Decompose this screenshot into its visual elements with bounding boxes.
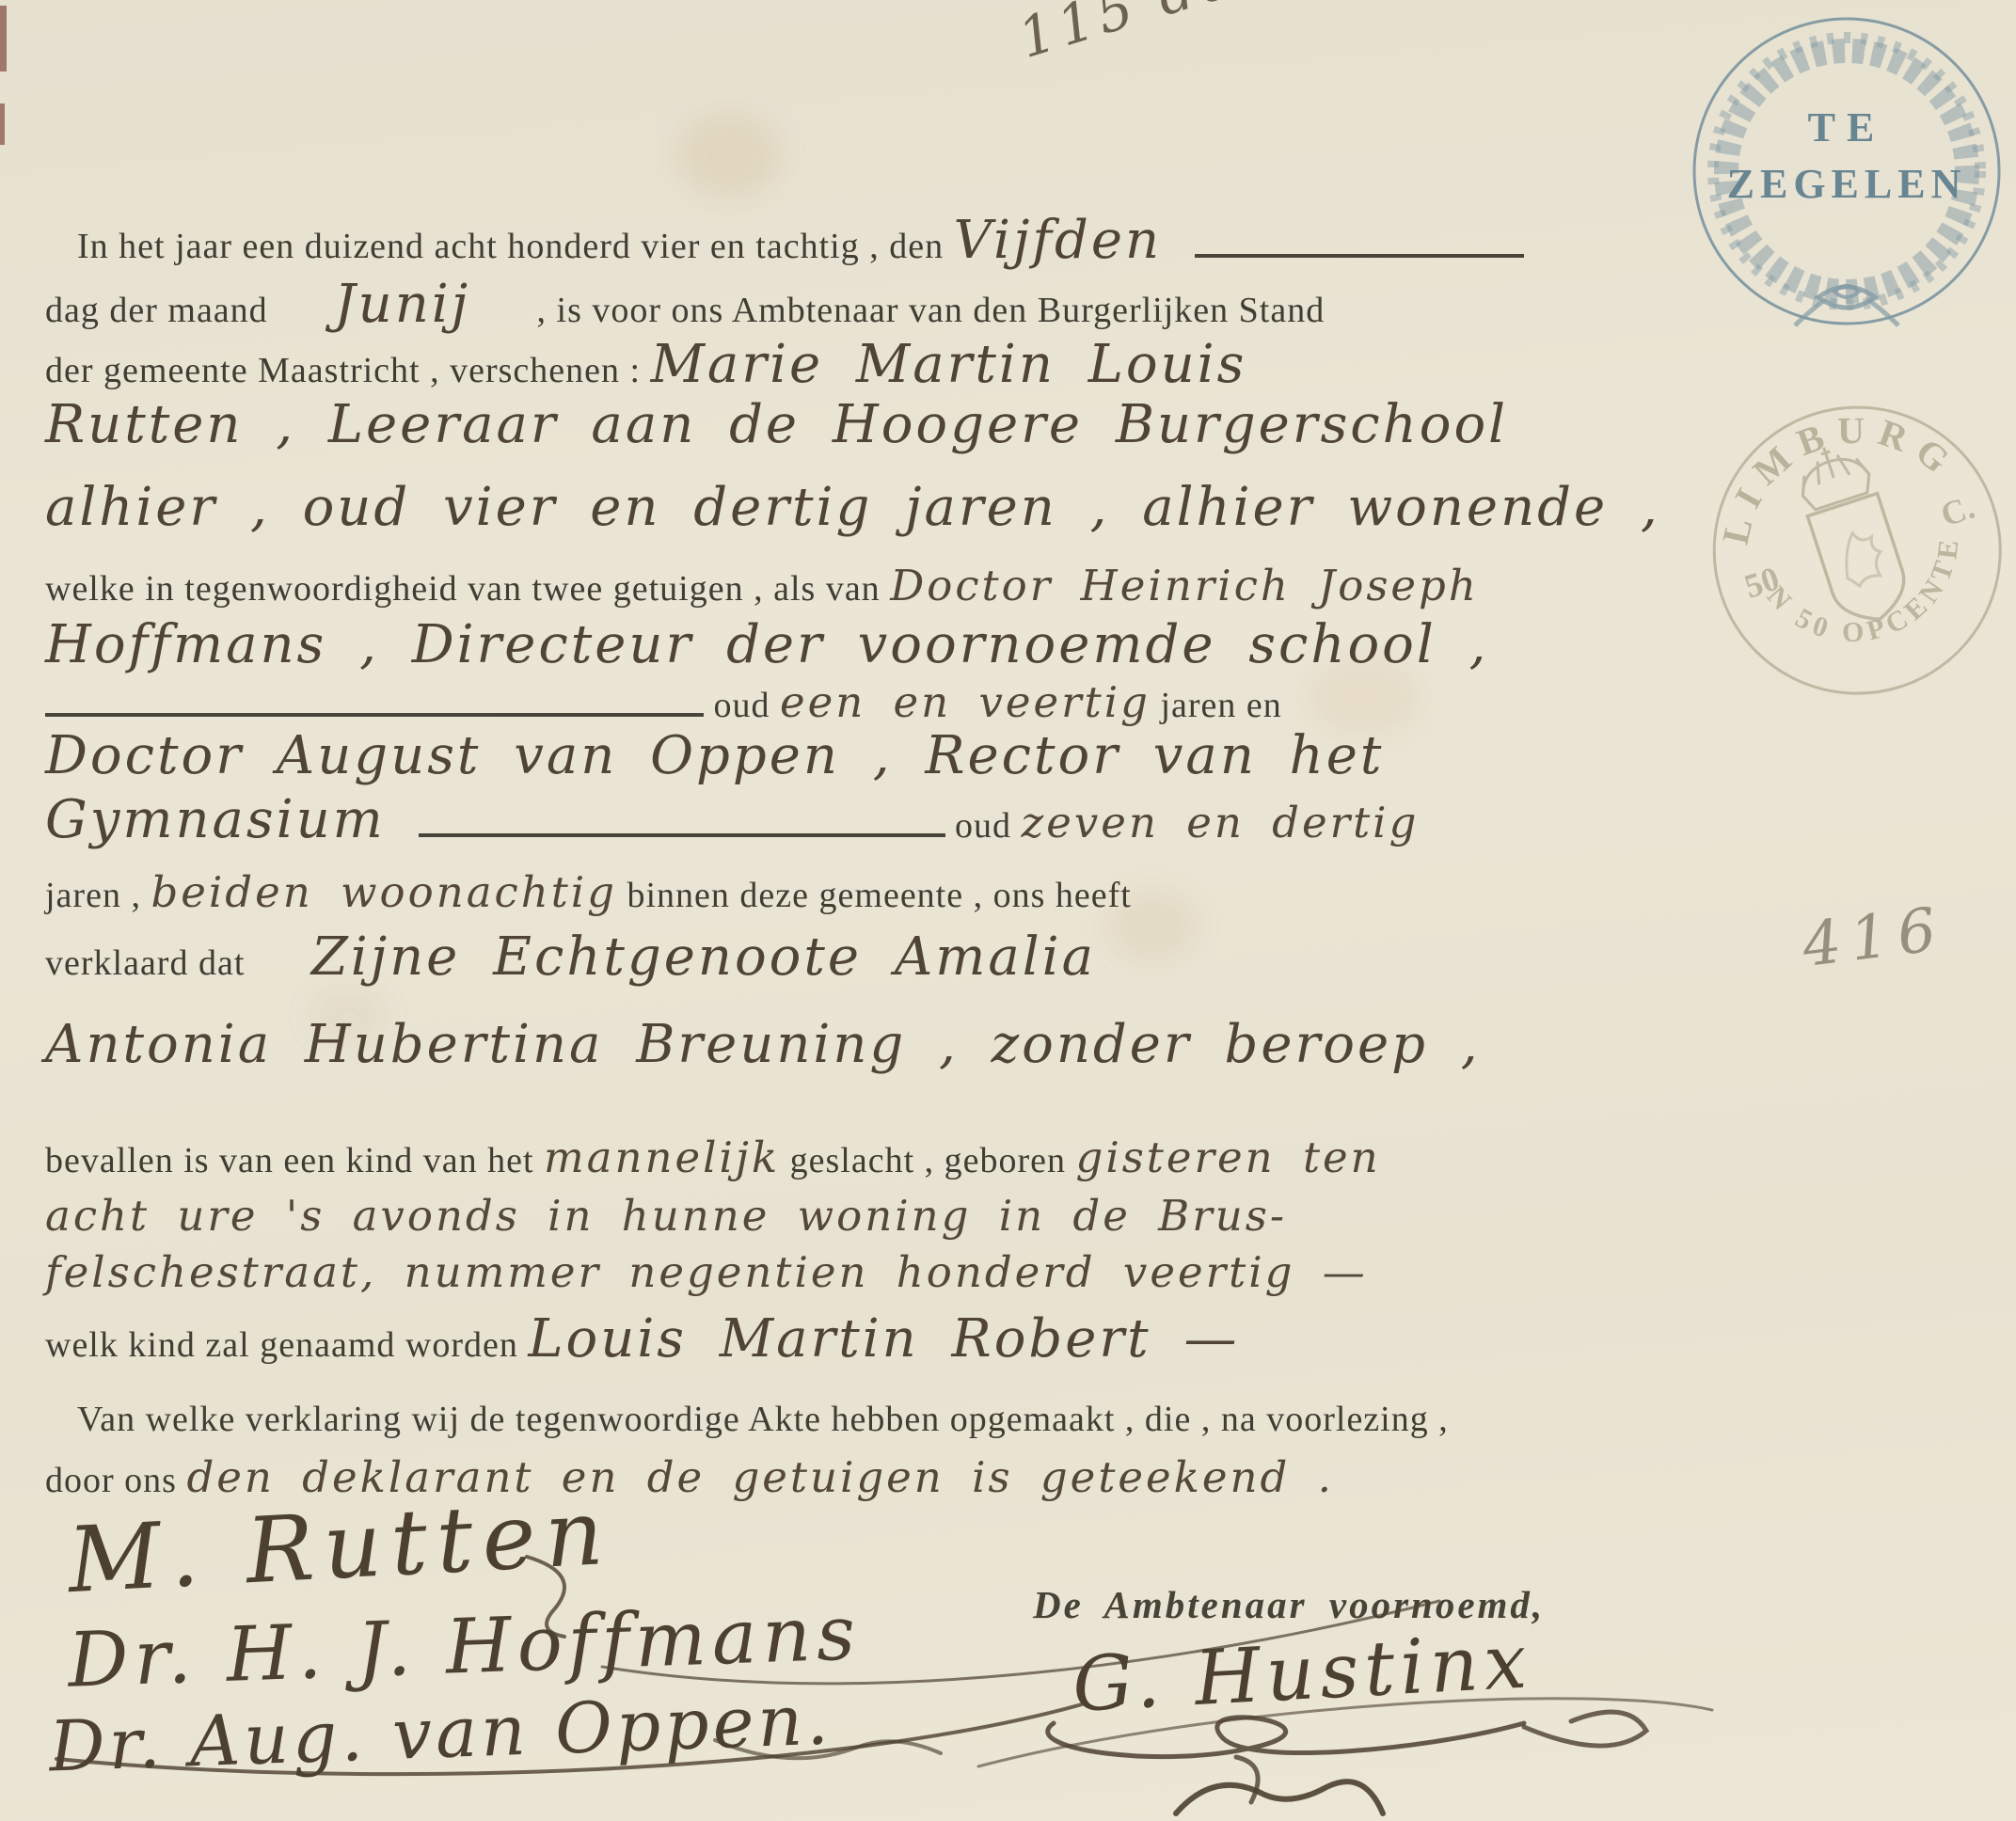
handwritten-text: beiden woonachtig bbox=[151, 867, 617, 917]
printed-text: welke in tegenwoordigheid van twee getui… bbox=[45, 569, 890, 609]
text-line: verklaard dat Zijne Echtgenoote Amalia bbox=[45, 931, 1096, 984]
handwritten-text: mannelijk bbox=[544, 1132, 780, 1182]
printed-text: oud bbox=[945, 806, 1022, 846]
text-line: acht ure 's avonds in hunne woning in de… bbox=[45, 1195, 1287, 1237]
stamp-text-zegelen: ZEGELEN bbox=[1727, 161, 1967, 207]
text-line: dag der maand Junij , is voor ons Ambten… bbox=[45, 278, 1325, 331]
handwritten-text: Hoffmans , Directeur der voornoemde scho… bbox=[45, 614, 1488, 675]
svg-text:EN 50 OPCENTEN: EN 50 OPCENTEN bbox=[1661, 355, 1989, 694]
printed-text: geslacht , geboren bbox=[780, 1141, 1075, 1180]
text-line: Van welke verklaring wij de tegenwoordig… bbox=[45, 1401, 1449, 1437]
text-line: Doctor August van Oppen , Rector van het bbox=[45, 730, 1384, 783]
handwritten-text: zeven en dertig bbox=[1022, 798, 1420, 847]
handwritten-text: een en veertig bbox=[780, 677, 1151, 727]
printed-text: Van welke verklaring wij de tegenwoordig… bbox=[77, 1400, 1449, 1439]
printed-text: In het jaar een duizend acht honderd vie… bbox=[77, 227, 954, 266]
handwritten-text: gisteren ten bbox=[1076, 1132, 1381, 1182]
text-line: felschestraat, nummer negentien honderd … bbox=[45, 1251, 1368, 1293]
stamp-text-opcenten: EN 50 OPCENTEN bbox=[1661, 355, 1989, 694]
handwritten-text: Junij bbox=[334, 274, 470, 335]
text-line: welke in tegenwoordigheid van twee getui… bbox=[45, 564, 1479, 607]
text-line: Hoffmans , Directeur der voornoemde scho… bbox=[45, 619, 1488, 672]
stamp-text-50: 50 bbox=[1739, 560, 1784, 606]
text-line: Rutten , Leeraar aan de Hoogere Burgersc… bbox=[45, 399, 1508, 451]
handwritten-text: Zijne Echtgenoote Amalia bbox=[311, 926, 1096, 988]
handwritten-text: Rutten , Leeraar aan de Hoogere Burgersc… bbox=[45, 394, 1508, 455]
printed-text: door ons bbox=[45, 1461, 186, 1500]
text-line: door ons den deklarant en de getuigen is… bbox=[45, 1456, 1334, 1498]
text-line: jaren , beiden woonachtig binnen deze ge… bbox=[45, 871, 1132, 913]
printed-text: welk kind zal genaamd worden bbox=[45, 1325, 528, 1365]
paper-stain bbox=[677, 113, 781, 198]
blank-line-rule bbox=[419, 826, 945, 837]
te-zegelen-stamp-icon: TE ZEGELEN bbox=[1682, 9, 2011, 339]
blank-line-rule bbox=[1195, 246, 1524, 258]
stamp-text-c: C. bbox=[1936, 488, 1979, 534]
handwritten-text: Marie Martin Louis bbox=[651, 334, 1247, 395]
archival-annotation-handwriting: 115 dec ds bbox=[1011, 0, 1371, 71]
printed-text: verklaard dat bbox=[45, 943, 255, 983]
printed-text: oud bbox=[704, 686, 780, 725]
signature-official: G. Hustinx bbox=[1071, 1617, 1534, 1728]
svg-text:LIMBURG: LIMBURG bbox=[1687, 374, 1973, 559]
text-line: bevallen is van een kind van het manneli… bbox=[45, 1136, 1381, 1179]
printed-text: dag der maand bbox=[45, 291, 278, 330]
handwritten-text: Doctor Heinrich Joseph bbox=[890, 561, 1479, 610]
text-line: oud een en veertig jaren en bbox=[45, 681, 1282, 723]
text-line: der gemeente Maastricht , verschenen : M… bbox=[45, 339, 1246, 391]
handwritten-text: Gymnasium bbox=[45, 789, 419, 850]
printed-text: der gemeente Maastricht , verschenen : bbox=[45, 351, 651, 390]
handwritten-text: Vijfden bbox=[954, 210, 1195, 271]
stamp-text-te: TE bbox=[1808, 104, 1886, 150]
birth-certificate-page: 115 dec ds TE ZEGELEN bbox=[0, 0, 2016, 1821]
printed-text: bevallen is van een kind van het bbox=[45, 1141, 544, 1180]
printed-text: , is voor ons Ambtenaar van den Burgerli… bbox=[527, 291, 1325, 330]
text-line: welk kind zal genaamd worden Louis Marti… bbox=[45, 1313, 1239, 1366]
text-line: Antonia Hubertina Breuning , zonder bero… bbox=[45, 1019, 1481, 1071]
act-body-text: In het jaar een duizend acht honderd vie… bbox=[45, 214, 1644, 1550]
scan-edge-mark bbox=[0, 6, 7, 71]
handwritten-text: Louis Martin Robert — bbox=[528, 1308, 1239, 1370]
stamp-text-limburg: LIMBURG bbox=[1687, 374, 1973, 559]
handwritten-text: Antonia Hubertina Breuning , zonder bero… bbox=[45, 1014, 1481, 1075]
text-line: Gymnasium oud zeven en dertig bbox=[45, 794, 1419, 847]
limburg-revenue-stamp-icon: LIMBURG EN 50 OPCENTEN 50 C. bbox=[1661, 355, 2016, 751]
text-line: alhier , oud vier en dertig jaren , alhi… bbox=[45, 482, 1660, 534]
handwritten-text: alhier , oud vier en dertig jaren , alhi… bbox=[45, 477, 1660, 538]
printed-text: jaren , bbox=[45, 876, 151, 915]
handwritten-text: Doctor August van Oppen , Rector van het bbox=[45, 725, 1384, 786]
handwritten-text: felschestraat, nummer negentien honderd … bbox=[45, 1247, 1368, 1297]
text-line: In het jaar een duizend acht honderd vie… bbox=[45, 214, 1524, 267]
printed-text: jaren en bbox=[1151, 686, 1282, 725]
printed-text: binnen deze gemeente , ons heeft bbox=[617, 876, 1132, 915]
blank-line-rule bbox=[45, 705, 704, 717]
handwritten-text: acht ure 's avonds in hunne woning in de… bbox=[45, 1191, 1287, 1241]
scan-edge-mark bbox=[0, 103, 5, 145]
pencil-registry-number: 416 bbox=[1799, 895, 1949, 981]
